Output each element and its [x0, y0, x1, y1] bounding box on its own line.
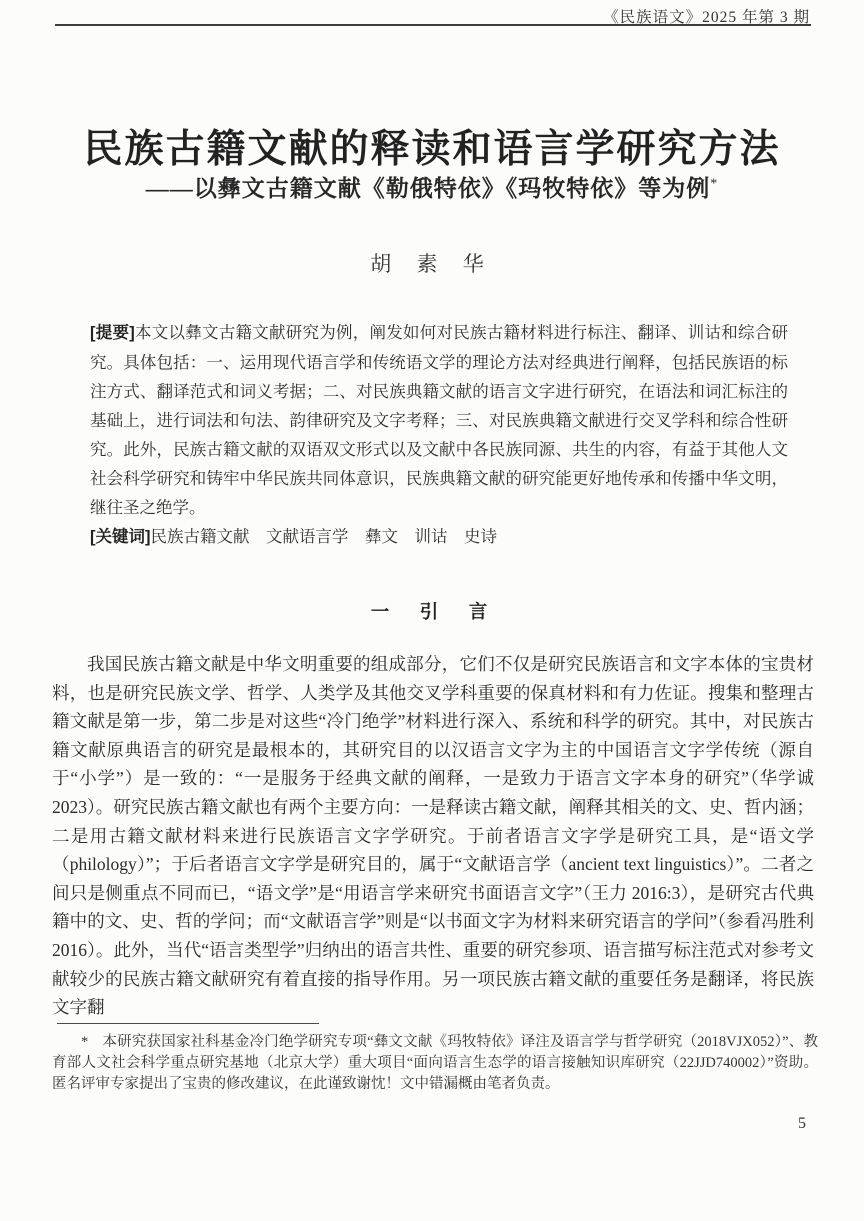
header-divider	[55, 24, 811, 26]
keywords-paragraph: [关键词]民族古籍文献 文献语言学 彝文 训诂 史诗	[90, 522, 788, 552]
journal-page: 《民族语文》2025 年第 3 期 民族古籍文献的释读和语言学研究方法 ——以彝…	[0, 0, 864, 1221]
section-heading-introduction: 一 引 言	[0, 598, 864, 624]
article-subtitle-text: ——以彝文古籍文献《勒俄特依》《玛牧特依》等为例	[146, 176, 711, 201]
page-number: 5	[798, 1115, 806, 1133]
footnote: *本研究获国家社科基金冷门绝学研究专项“彝文文献《玛牧特依》译注及语言学与哲学研…	[52, 1032, 818, 1094]
article-title: 民族古籍文献的释读和语言学研究方法	[0, 118, 864, 174]
subtitle-footnote-marker: *	[710, 176, 718, 191]
footnote-divider	[57, 1023, 319, 1024]
footnote-text: 本研究获国家社科基金冷门绝学研究专项“彝文文献《玛牧特依》译注及语言学与哲学研究…	[52, 1034, 818, 1092]
article-subtitle: ——以彝文古籍文献《勒俄特依》《玛牧特依》等为例*	[0, 170, 864, 203]
abstract-paragraph: [提要]本文以彝文古籍文献研究为例，阐发如何对民族古籍材料进行标注、翻译、训诂和…	[90, 318, 788, 522]
keywords-text: 民族古籍文献 文献语言学 彝文 训诂 史诗	[151, 527, 498, 546]
abstract-block: [提要]本文以彝文古籍文献研究为例，阐发如何对民族古籍材料进行标注、翻译、训诂和…	[90, 318, 788, 552]
author-name: 胡 素 华	[0, 248, 864, 278]
abstract-text: 本文以彝文古籍文献研究为例，阐发如何对民族古籍材料进行标注、翻译、训诂和综合研究…	[90, 323, 788, 517]
footnote-marker: *	[81, 1034, 102, 1050]
body-paragraph: 我国民族古籍文献是中华文明重要的组成部分，它们不仅是研究民族语言和文字本体的宝贵…	[52, 650, 814, 1022]
abstract-label: [提要]	[90, 324, 135, 342]
keywords-label: [关键词]	[90, 528, 151, 546]
